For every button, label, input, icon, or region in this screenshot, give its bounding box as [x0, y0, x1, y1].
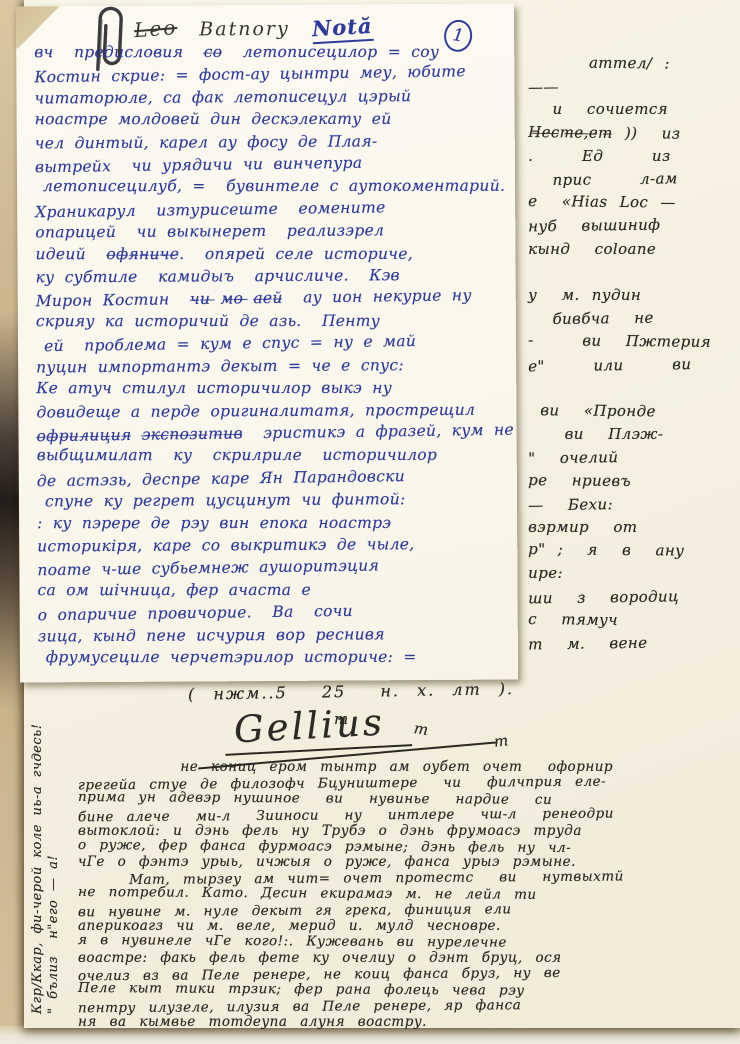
- handwriting-fragment: е" или ви: [516, 352, 738, 378]
- handwriting-fragment: аттел/ :: [516, 51, 738, 77]
- margin-handwriting-line: Кгр/Ккар, фи-черой коле иь-а гчдесь!: [30, 684, 46, 1014]
- handwriting-line: ноастре молдовей дин дескэлекату ей: [35, 108, 509, 131]
- stray-pen-mark: т: [334, 710, 348, 728]
- section-heading-gellius: Gellius: [223, 699, 412, 756]
- handwriting-line: читаторюле, са фак летописецул цэрый: [34, 84, 508, 109]
- handwriting-line: фрумусециле черчетэрилор историче: =: [46, 646, 512, 669]
- handwriting-fragment: ви Плэж-: [516, 423, 738, 446]
- handwriting-fragment: т м. вене: [516, 631, 738, 657]
- handwriting-fragment: с тямуч: [516, 608, 738, 634]
- handwriting-fragment: Н̶е̶с̶т̶е̶,̶е̶т̶ )) из: [516, 120, 738, 146]
- struck-word: Leo: [133, 15, 178, 42]
- blue-handwriting-block: вч предисловия с̶о̶ летописецилор = соуК…: [34, 40, 512, 670]
- handwriting-fragment: вэрмир от: [516, 516, 738, 539]
- handwriting-fragment: " очелий: [516, 445, 738, 471]
- handwriting-fragment: кынд coloane: [516, 238, 738, 261]
- handwriting-fragment: бивбча не: [516, 306, 738, 332]
- handwriting-fragment: ире:: [516, 562, 738, 585]
- handwriting-line: поате ч-ше субьемнеж аушоритэция: [37, 553, 511, 582]
- handwriting-line: летописецилуб, = бувинтеле с аутокомента…: [43, 175, 509, 198]
- handwriting-fragment: . Ед из: [516, 145, 738, 168]
- handwriting-line: : ку пэрере де рэу вин епока ноастрэ: [37, 511, 511, 534]
- stray-pen-mark: т: [413, 719, 430, 739]
- top-sheet: Leo Batnory Notă 1 вч предисловия с̶о̶ л…: [16, 3, 518, 682]
- handwriting-fragment: е «Hias Loc —: [516, 190, 738, 216]
- handwriting-line: ня ва кымвье тотдеупа алуня воастру.: [78, 1015, 738, 1031]
- handwriting-fragment: - ви Пжтерия: [516, 329, 738, 355]
- margin-vertical-handwriting: Кгр/Ккар, фи-черой коле иь-а гчдесь!" бъ…: [30, 684, 62, 1014]
- stray-pen-mark: т: [493, 731, 509, 750]
- handwriting-fragment: ——: [516, 74, 738, 100]
- sheet-header: Leo Batnory Notă: [134, 14, 372, 43]
- handwriting-fragment: у м. пудин: [516, 284, 738, 307]
- handwriting-line: Мирон Костин ч̶и̶ ̶м̶о̶ ̶а̶е̶й̶ ау ион н…: [36, 284, 510, 313]
- handwriting-fragment: — Бехи:: [516, 491, 738, 517]
- handwriting-fragment: [516, 260, 738, 286]
- handwriting-line: идеий о̶ф̶я̶н̶и̶ч̶е̶. опярей селе истори…: [35, 242, 509, 265]
- bottom-section: ( нжм..5 25 н. х. лт ). Gellius т т т не…: [46, 680, 738, 699]
- handwriting-line: Ке атуч стилул историчилор выкэ ну: [36, 377, 510, 400]
- handwriting-fragment: ши з вородиц: [516, 584, 738, 610]
- scanned-manuscript: { "document": { "kind": "scanned handwri…: [0, 0, 740, 1044]
- handwriting-line: выбщимилат ку скрилриле историчилор: [37, 444, 511, 467]
- handwriting-line: о руже, фер фанса фурмоасэ рэмыне; дэнь …: [78, 838, 738, 858]
- handwriting-fragment: нуб вышиниф: [516, 213, 738, 239]
- handwriting-fragment: [516, 377, 738, 400]
- right-column-handwriting: аттел/ : —— и сочиется Н̶е̶с̶т̶е̶,̶е̶т̶ …: [516, 52, 738, 655]
- handwriting-line: зица, кынд пене исчурия вор реснивя: [38, 622, 512, 647]
- handwriting-fragment: р" ; я в ану: [516, 538, 738, 564]
- margin-handwriting-line: " бълиз н"его — а!: [46, 684, 62, 1014]
- handwriting-fragment: и сочиется: [516, 98, 738, 121]
- handwriting-fragment: ви «Пронде: [516, 399, 738, 425]
- header-name: Batnory: [199, 18, 290, 41]
- section-heading-wrap: Gellius: [223, 699, 412, 752]
- handwriting-fragment: ре нриевъ: [516, 468, 738, 494]
- bottom-paragraph-handwriting: не кониц ером тынтр ам оубет очет офорни…: [78, 760, 738, 1030]
- handwriting-line: пуцин импортантэ декыт = че е спус:: [36, 353, 510, 378]
- handwriting-fragment: прис л-ам: [516, 166, 738, 192]
